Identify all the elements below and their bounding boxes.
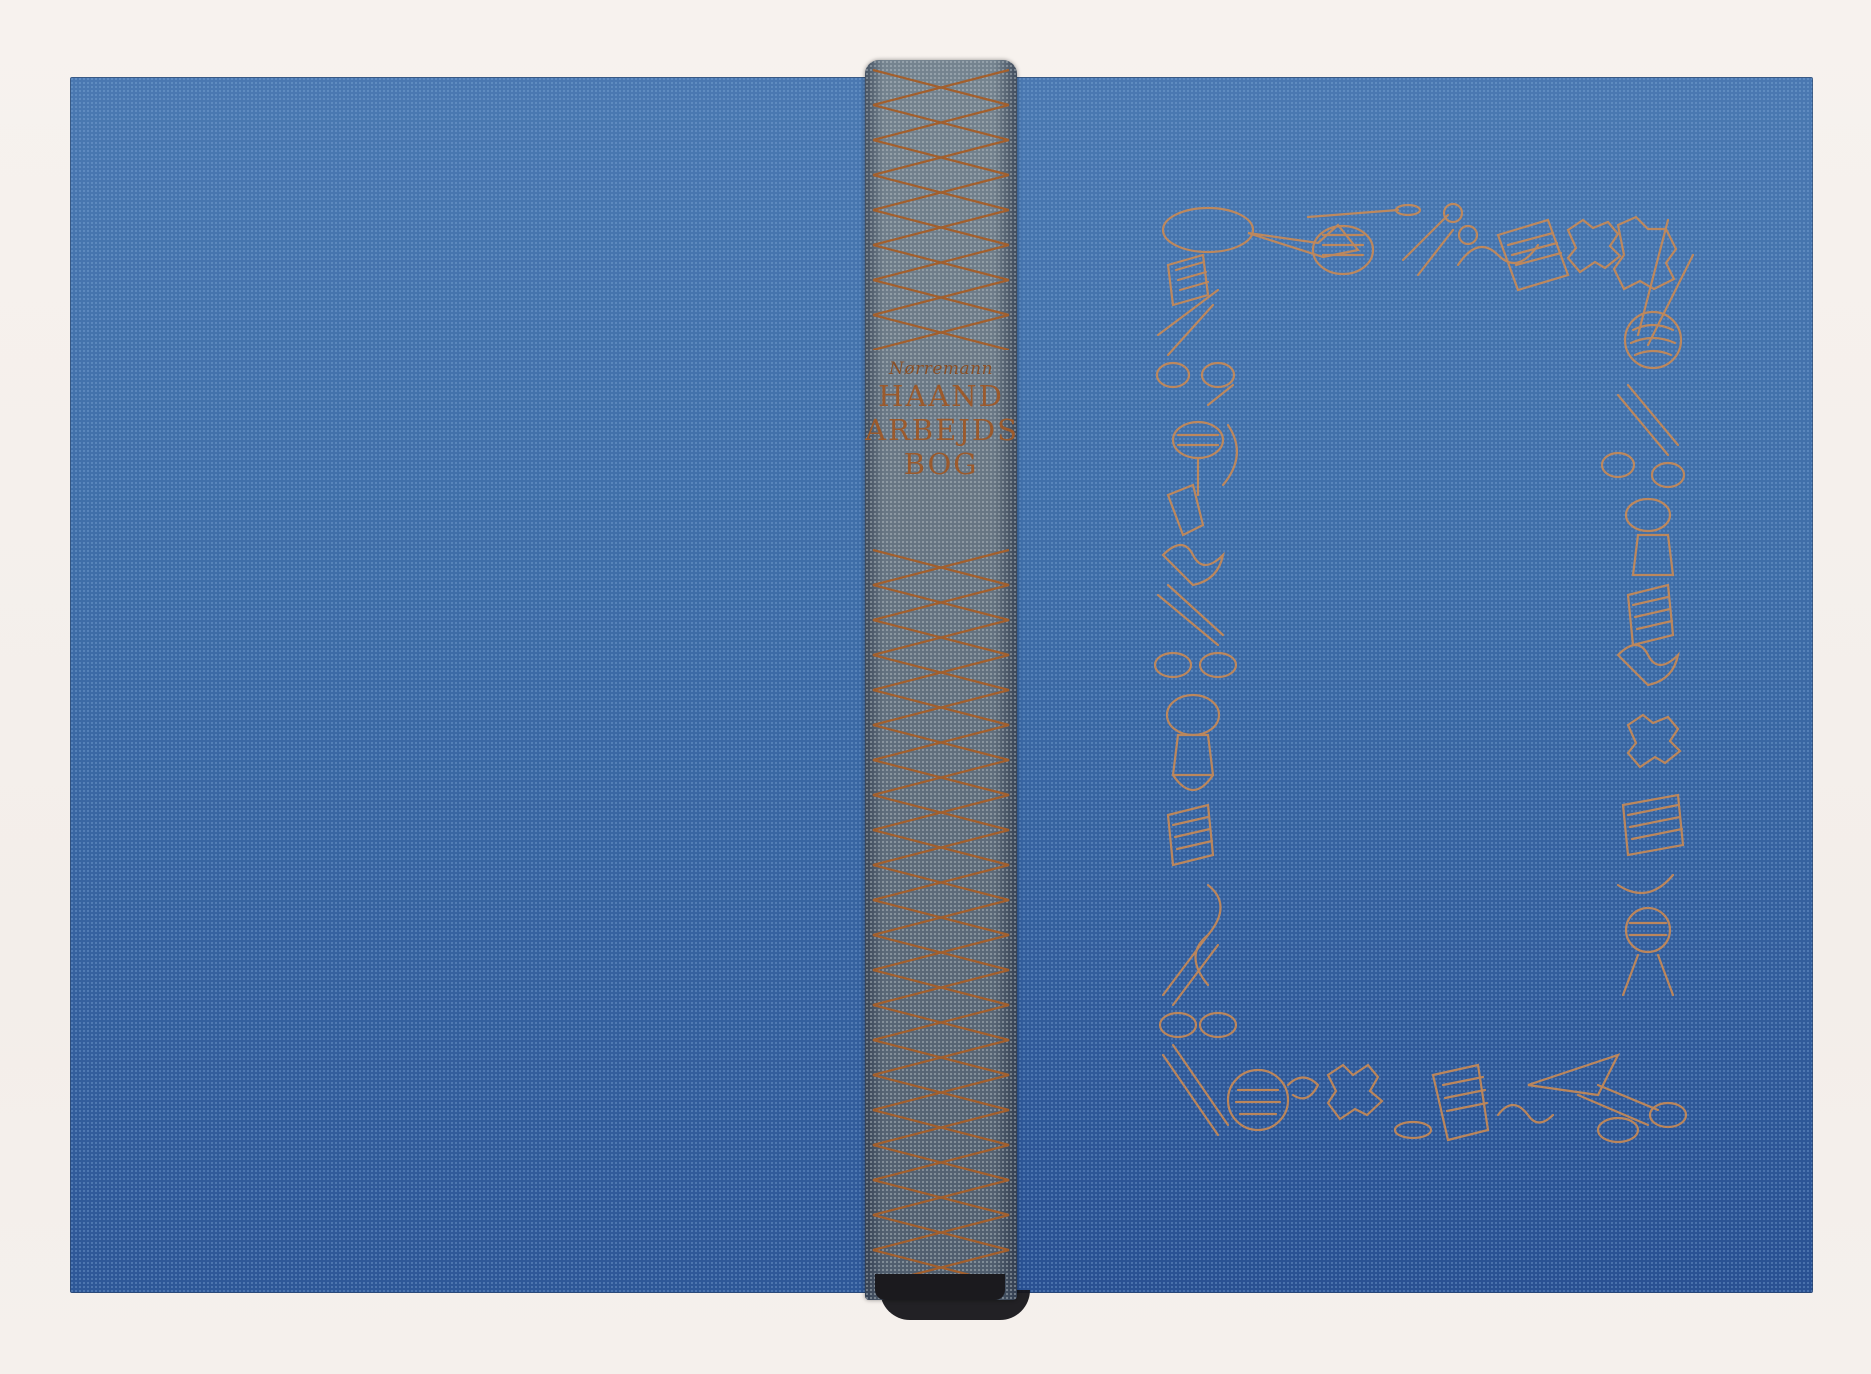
spine-title-line-3: BOG bbox=[865, 447, 1017, 481]
spine-tailband bbox=[875, 1274, 1005, 1300]
back-cover bbox=[70, 77, 870, 1293]
spine-author: Nørremann bbox=[865, 359, 1017, 379]
spine-lattice-top-icon bbox=[865, 60, 1017, 350]
spine-title-line-1: HAAND bbox=[865, 379, 1017, 413]
spine-title-line-2: ARBEJDS bbox=[865, 413, 1017, 447]
spine-lattice-bottom-icon bbox=[865, 540, 1017, 1280]
spine: Nørremann HAAND ARBEJDS BOG bbox=[865, 60, 1017, 1300]
spine-title-block: Nørremann HAAND ARBEJDS BOG bbox=[865, 353, 1017, 538]
needlework-border-icon bbox=[1148, 195, 1708, 1165]
